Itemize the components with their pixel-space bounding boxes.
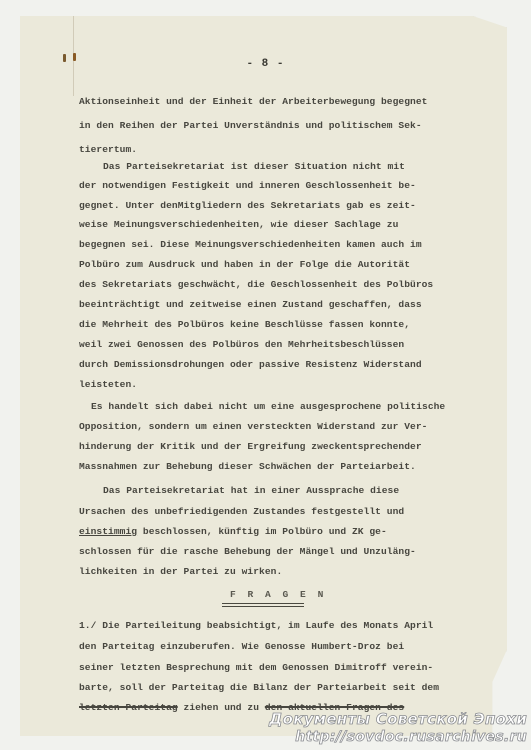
struck-text: letzten Parteitag [79, 702, 178, 713]
underlined-word: einstimmig [79, 526, 137, 537]
text-line: tierertum. [79, 144, 137, 155]
text-line: gegnet. Unter denMitgliedern des Sekreta… [79, 200, 416, 211]
text-span: beschlossen, künftig im Polbüro und ZK g… [137, 526, 387, 537]
text-line: in den Reihen der Partei Unverständnis u… [79, 120, 422, 131]
text-line: lichkeiten in der Partei zu wirken. [79, 566, 282, 577]
text-line: barte, soll der Parteitag die Bilanz der… [79, 682, 439, 693]
text-line: den Parteitag einzuberufen. Wie Genosse … [79, 641, 404, 652]
text-line: einstimmig beschlossen, künftig im Polbü… [79, 526, 387, 537]
text-line: begegnen sei. Diese Meinungsverschiedenh… [79, 239, 422, 250]
text-line: Das Parteisekretariat hat in einer Aussp… [103, 485, 399, 496]
text-line: Massnahmen zur Behebung dieser Schwächen… [79, 461, 416, 472]
text-line: hinderung der Kritik und der Ergreifung … [79, 441, 422, 452]
text-line: schlossen für die rasche Behebung der Mä… [79, 546, 416, 557]
heading-underline [222, 603, 304, 607]
text-line: der notwendigen Festigkeit und inneren G… [79, 180, 416, 191]
text-line: die Mehrheit des Polbüros keine Beschlüs… [79, 319, 410, 330]
text-line: beeinträchtigt und zeitweise einen Zusta… [79, 299, 422, 310]
text-line: Ursachen des unbefriedigenden Zustandes … [79, 506, 404, 517]
text-line: Polbüro zum Ausdruck und haben in der Fo… [79, 259, 410, 270]
text-line: durch Demissionsdrohungen oder passive R… [79, 359, 422, 370]
page-number: - 8 - [0, 58, 531, 70]
text-line: weise Meinungsverschiedenheiten, wie die… [79, 219, 398, 230]
text-line: weil zwei Genossen des Polbüros den Mehr… [79, 339, 404, 350]
text-line: seiner letzten Besprechung mit dem Genos… [79, 662, 433, 673]
text-line: Opposition, sondern um einen versteckten… [79, 421, 427, 432]
text-line: 1./ Die Parteileitung beabsichtigt, im L… [79, 620, 433, 631]
text-line: des Sekretariats geschwächt, die Geschlo… [79, 279, 433, 290]
text-span: ziehen und zu [178, 702, 265, 713]
watermark-url: http://sovdoc.rusarchives.ru [295, 729, 527, 745]
text-line: Es handelt sich dabei nicht um eine ausg… [91, 401, 445, 412]
section-heading: F R A G E N [230, 589, 326, 600]
text-line: Aktionseinheit und der Einheit der Arbei… [79, 96, 427, 107]
text-line: Das Parteisekretariat ist dieser Situati… [103, 161, 405, 172]
text-line: leisteten. [79, 379, 137, 390]
watermark-title: Документы Советской Эпохи [269, 710, 527, 728]
